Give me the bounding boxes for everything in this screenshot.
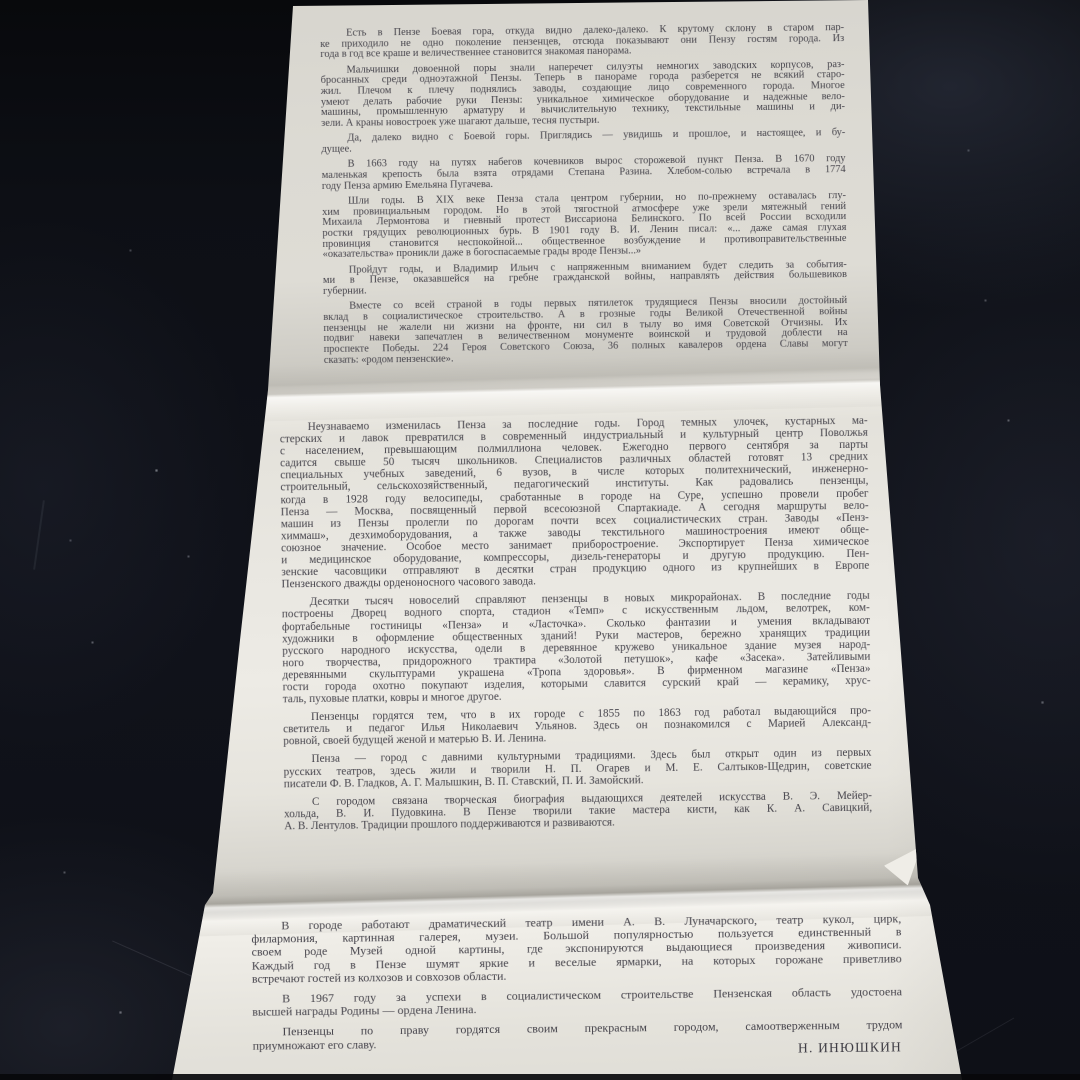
author-signature: Н. ИНЮШКИН	[252, 1039, 902, 1062]
paragraph: Вместе со всей страной в годы первых пят…	[323, 296, 848, 366]
paragraph: В городе работают драматический театр им…	[251, 912, 902, 985]
leaflet-panel-middle: Неузнаваемо изменилась Пенза за последни…	[280, 415, 873, 839]
dust-speckles	[0, 0, 1, 1]
paragraph: Десятки тысяч новоселий справляют пензен…	[282, 590, 871, 706]
paper-tear	[883, 844, 922, 886]
paragraph: Пензенцы гордятся тем, что в их городе с…	[283, 705, 871, 748]
paragraph: Есть в Пензе Боевая гора, откуда видно д…	[320, 23, 844, 61]
paragraph: С городом связана творческая биография в…	[284, 789, 872, 832]
paragraph: Неузнаваемо изменилась Пенза за последни…	[280, 415, 870, 591]
leaflet-panel-top: Есть в Пензе Боевая гора, откуда видно д…	[320, 23, 848, 371]
photo-of-leaflet: { "colors":{"background":"#0c0e13","pape…	[0, 0, 1080, 1080]
paragraph: Шли годы. В XIX веке Пенза стала центром…	[322, 191, 847, 261]
paragraph: Пройдут годы, и Владимир Ильич с напряже…	[323, 260, 847, 298]
photo-bottom-edge	[0, 1074, 1080, 1080]
paragraph: Мальчишки довоенной поры знали наперечет…	[320, 60, 845, 130]
paragraph: Пенза — город с давними культурными трад…	[283, 747, 871, 790]
paragraph: В 1663 году на путях набегов кочевников …	[322, 154, 846, 192]
paragraph: В 1967 году за успехи в социалистическом…	[252, 985, 902, 1019]
paragraph: Да, далеко видно с Боевой горы. Пригляди…	[321, 128, 845, 155]
